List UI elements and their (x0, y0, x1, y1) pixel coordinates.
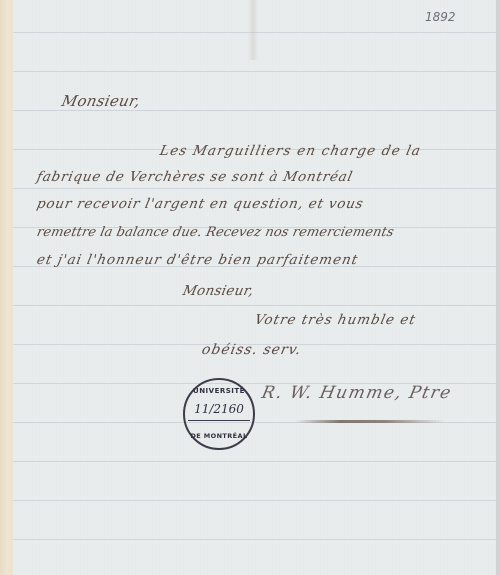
salutation: Monsieur, (60, 92, 142, 110)
university-stamp: UNIVERSITÉ 11/2160 DE MONTRÉAL (183, 378, 255, 450)
stamp-bottom-text: DE MONTRÉAL (185, 432, 253, 440)
paper-fold-mark (248, 0, 258, 60)
body-line-4: remettre la balance due. Recevez nos rem… (35, 225, 395, 240)
body-line-3: pour recevoir l'argent en question, et v… (35, 196, 365, 212)
archive-annotation: 1892 (425, 10, 456, 24)
closing-salutation: Monsieur, (181, 283, 255, 299)
lined-paper (13, 0, 497, 575)
body-line-1: Les Marguilliers en charge de la (158, 143, 423, 159)
scanned-letter-page: 1892 Monsieur, Les Marguilliers en charg… (0, 0, 500, 575)
closing-line-2: obéiss. serv. (200, 342, 303, 358)
signature: R. W. Humme, Ptre (260, 383, 454, 403)
body-line-2: fabrique de Verchères se sont à Montréal (35, 169, 354, 185)
body-line-5: et j'ai l'honneur d'être bien parfaiteme… (35, 252, 360, 268)
paper-edge (496, 0, 500, 575)
closing-line-1: Votre très humble et (253, 312, 417, 328)
stamp-number: 11/2160 (185, 402, 253, 416)
stamp-top-text: UNIVERSITÉ (185, 387, 253, 395)
stamp-divider (188, 420, 250, 421)
signature-flourish (295, 420, 445, 423)
